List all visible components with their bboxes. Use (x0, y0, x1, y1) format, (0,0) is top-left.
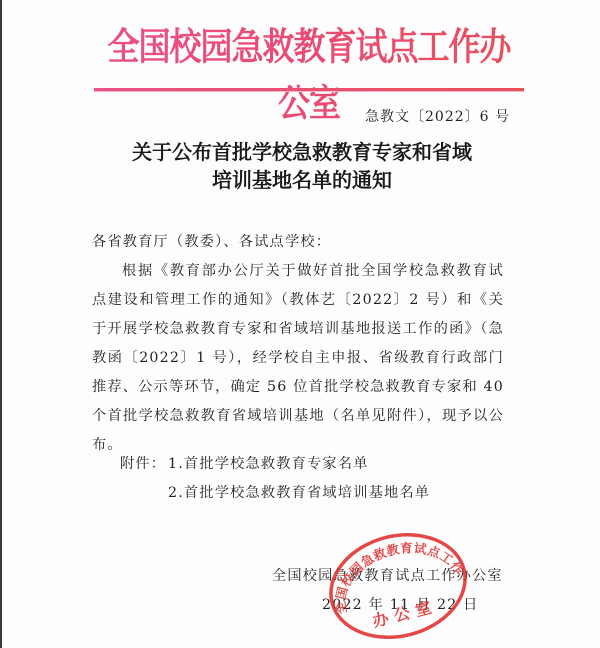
document-title: 关于公布首批学校急救教育专家和省域 培训基地名单的通知 (62, 138, 542, 194)
salutation: 各省教育厅（教委）、各试点学校： (92, 228, 504, 257)
document-number: 急教文〔2022〕6 号 (365, 106, 510, 126)
attachment-item-1: 1.首批学校急救教育专家名单 (168, 450, 369, 479)
attachment-item: 附件： 1.首批学校急救教育专家名单 (120, 450, 430, 479)
letterhead-red-rule (94, 88, 524, 92)
attachment-item-2: 2.首批学校急救教育省域培训基地名单 (168, 479, 430, 508)
signature-block: 全国校园急救教育试点工作办公室 2022 年 11 月 22 日 (272, 562, 532, 620)
title-line-2: 培训基地名单的通知 (62, 166, 542, 194)
document-body: 各省教育厅（教委）、各试点学校： 根据《教育部办公厅关于做好首批全国学校急救教育… (92, 228, 504, 460)
attachment-item: 2.首批学校急救教育省域培训基地名单 (120, 479, 430, 508)
attachments-label: 附件： (120, 450, 168, 479)
signature-org: 全国校园急救教育试点工作办公室 (272, 562, 532, 591)
document-page: 全国校园急救教育试点工作办公室 急教文〔2022〕6 号 关于公布首批学校急救教… (2, 0, 600, 648)
attachments-list: 附件： 1.首批学校急救教育专家名单 2.首批学校急救教育省域培训基地名单 (120, 450, 430, 508)
signature-date: 2022 年 11 月 22 日 (272, 591, 532, 620)
title-line-1: 关于公布首批学校急救教育专家和省域 (62, 138, 542, 166)
body-paragraph: 根据《教育部办公厅关于做好首批全国学校急救教育试点建设和管理工作的通知》（教体艺… (92, 257, 504, 460)
